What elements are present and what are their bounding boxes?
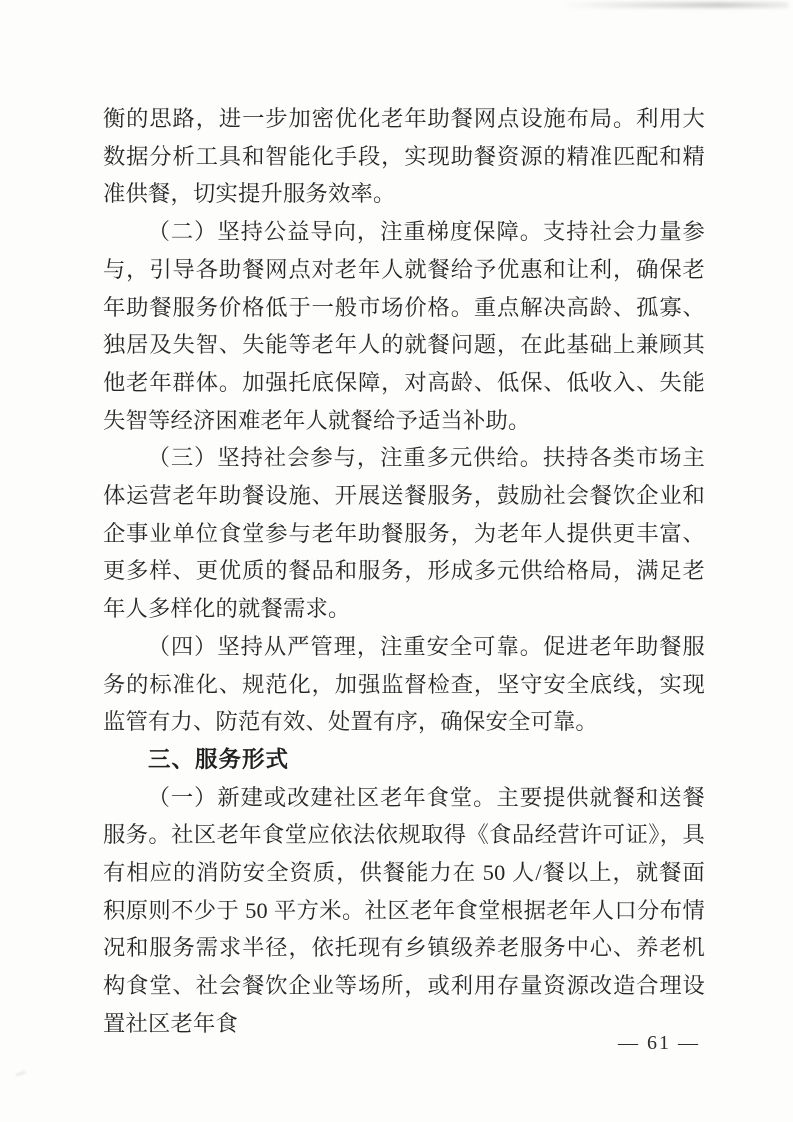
page-number: — 61 — <box>618 1031 728 1055</box>
section-heading-service-forms: 三、服务形式 <box>103 741 705 779</box>
paragraph-principle-3: （三）坚持社会参与，注重多元供给。扶持各类市场主体运营老年助餐设施、开展送餐服务… <box>103 439 705 628</box>
paragraph-service-form-1: （一）新建或改建社区老年食堂。主要提供就餐和送餐服务。社区老年食堂应依法依规取得… <box>103 779 705 1043</box>
document-body: 衡的思路，进一步加密优化老年助餐网点设施布局。利用大数据分析工具和智能化手段，实… <box>103 100 705 1043</box>
paragraph-principle-4: （四）坚持从严管理，注重安全可靠。促进老年助餐服务的标准化、规范化，加强监督检查… <box>103 628 705 741</box>
paragraph-principle-2: （二）坚持公益导向，注重梯度保障。支持社会力量参与，引导各助餐网点对老年人就餐给… <box>103 213 705 439</box>
scan-speck-bottom-left <box>16 1070 26 1076</box>
document-page: 衡的思路，进一步加密优化老年助餐网点设施布局。利用大数据分析工具和智能化手段，实… <box>0 0 793 1122</box>
scan-smudge-top-right <box>559 2 789 8</box>
paragraph-continuation: 衡的思路，进一步加密优化老年助餐网点设施布局。利用大数据分析工具和智能化手段，实… <box>103 100 705 213</box>
